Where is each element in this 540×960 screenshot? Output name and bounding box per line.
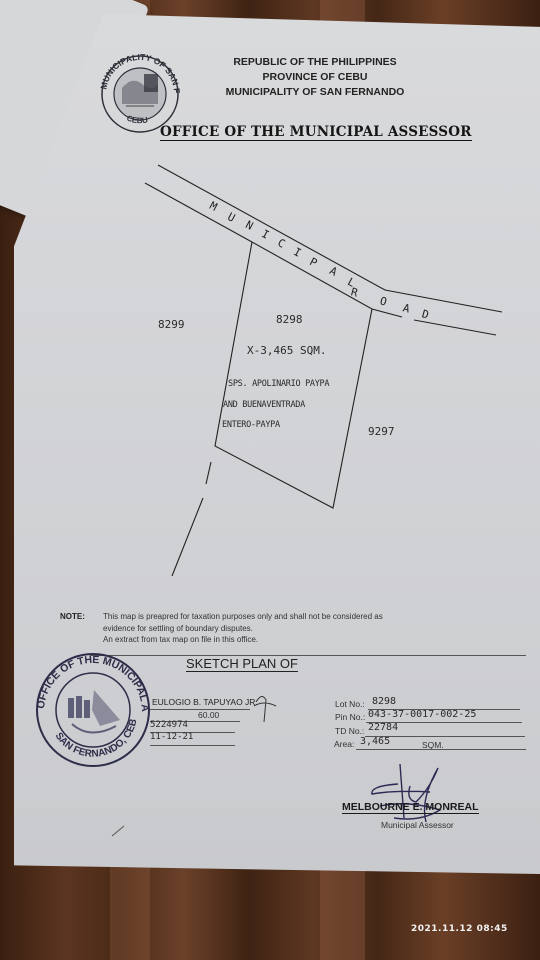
owner-line-1: SPS. APOLINARIO PAYPA [228,379,329,389]
note-line-2: evidence for settling of boundary disput… [103,623,443,635]
svg-text:OFFICE OF THE MUNICIPAL ASSESS: OFFICE OF THE MUNICIPAL ASSESSOR [30,650,151,713]
note-line-1: This map is preapred for taxation purpos… [103,611,443,623]
td-no-label: TD No.: [335,726,364,736]
payment-amount: 60.00 [198,710,219,720]
area-value: 3,465 [360,736,390,747]
note-line-3: An extract from tax map on file in this … [103,634,443,646]
owner-line-3: ENTERO-PAYPA [222,420,280,430]
note-label: NOTE: [60,612,85,621]
lot-no-value: 8298 [372,696,396,707]
area-label: Area: [334,739,354,749]
owner-line-2: AND BUENAVENTRADA [223,400,305,410]
td-no-value: 22784 [368,722,398,733]
photo-timestamp: 2021.11.12 08:45 [411,924,508,934]
lot-area-annotation: X-3,465 SQM. [247,344,326,357]
pin-no-label: Pin No.: [335,712,365,722]
payment-date: 11-12-21 [150,732,193,742]
sketch-plan-title: SKETCH PLAN OF [186,656,298,672]
pen-mark [110,822,130,838]
lot-label-right: 9297 [368,425,395,438]
assessor-seal-icon: OFFICE OF THE MUNICIPAL ASSESSOR SAN FER… [30,650,156,770]
payor-name: EULOGIO B. TAPUYAO JR. [152,697,258,707]
note-text: This map is preapred for taxation purpos… [103,611,443,646]
lot-no-label: Lot No.: [335,699,365,709]
lot-label-center: 8298 [276,313,303,326]
initials-signature-icon [250,690,280,726]
assessor-title: Municipal Assessor [381,820,454,830]
assessor-name: MELBOURNE E. MONREAL [342,801,479,814]
lot-label-left: 8299 [158,318,185,331]
area-underline [356,749,526,750]
receipt-number: 5224974 [150,720,188,730]
pin-no-value: 043-37-0017-002-25 [368,709,476,720]
date-underline [150,745,235,746]
